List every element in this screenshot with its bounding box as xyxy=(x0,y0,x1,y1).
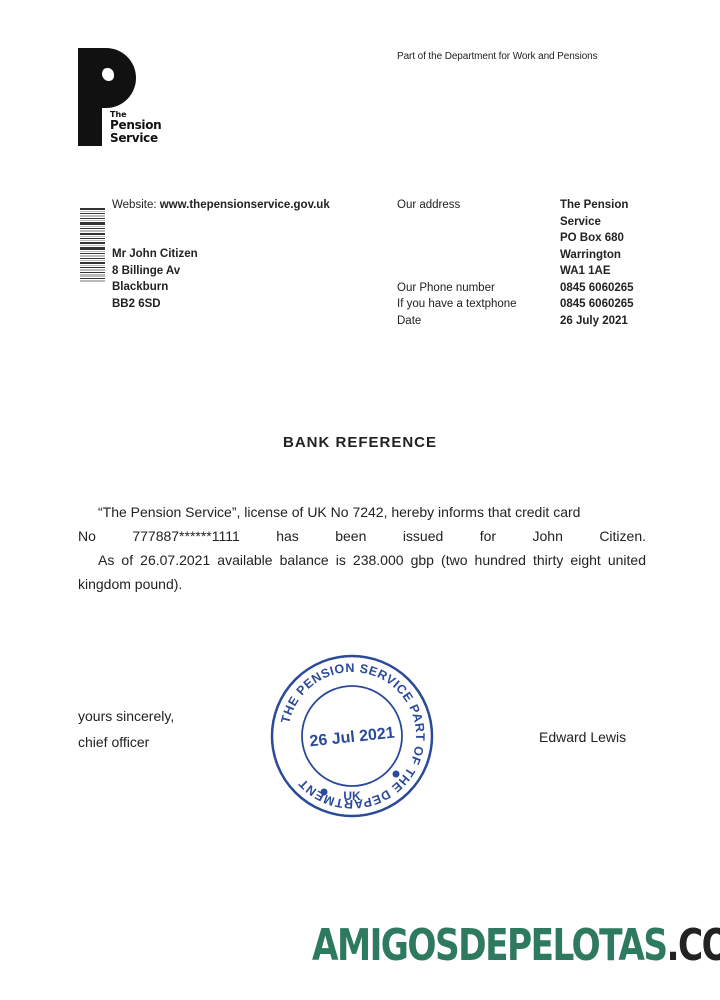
sender-address-line: PO Box 680 xyxy=(560,230,634,247)
paragraph-1-line-1: “The Pension Service”, license of UK No … xyxy=(78,500,646,524)
sender-info-labels: Our address Our Phone number If you have… xyxy=(397,197,517,329)
closing-block: yours sincerely, chief officer xyxy=(78,703,174,755)
stamp-dot-icon xyxy=(321,789,328,796)
signer-name: Edward Lewis xyxy=(539,729,626,745)
stamp-date: 26 Jul 2021 xyxy=(309,725,396,751)
document-body: “The Pension Service”, license of UK No … xyxy=(78,500,646,596)
website-label: Website: xyxy=(112,199,157,211)
paragraph-2: As of 26.07.2021 available balance is 23… xyxy=(78,548,646,596)
logo-wordmark: The Pension Service xyxy=(110,110,161,145)
document-title: BANK REFERENCE xyxy=(0,434,720,451)
closing-title: chief officer xyxy=(78,729,174,755)
paragraph-1-line-2: No 777887******1111 has been issued for … xyxy=(78,524,646,548)
website-line: Website: www.thepensionservice.gov.uk xyxy=(112,197,330,214)
sender-address-line: The Pension xyxy=(560,197,634,214)
pension-service-logo: The Pension Service xyxy=(78,48,168,150)
textphone-label: If you have a textphone xyxy=(397,296,517,313)
website-link[interactable]: www.thepensionservice.gov.uk xyxy=(160,199,330,211)
official-stamp: THE PENSION SERVICE PART OF THE DEPARTME… xyxy=(268,652,436,820)
recipient-address: Mr John Citizen 8 Billinge Av Blackburn … xyxy=(112,246,198,312)
sender-address-line: Warrington xyxy=(560,247,634,264)
phone-label: Our Phone number xyxy=(397,280,517,297)
department-note: Part of the Department for Work and Pens… xyxy=(397,51,598,62)
barcode-icon xyxy=(80,208,105,282)
date-value: 26 July 2021 xyxy=(560,313,634,330)
closing-salutation: yours sincerely, xyxy=(78,703,174,729)
sender-address-line: Service xyxy=(560,214,634,231)
recipient-street: 8 Billinge Av xyxy=(112,263,198,280)
recipient-city: Blackburn xyxy=(112,279,198,296)
recipient-name: Mr John Citizen xyxy=(112,246,198,263)
watermark-suffix: .COM xyxy=(667,920,720,971)
address-label: Our address xyxy=(397,197,517,214)
textphone-value: 0845 6060265 xyxy=(560,296,634,313)
phone-value: 0845 6060265 xyxy=(560,280,634,297)
sender-info-values: The Pension Service PO Box 680 Warringto… xyxy=(560,197,634,329)
watermark-main: AMIGOSDEPELOTAS xyxy=(312,920,667,971)
recipient-postcode: BB2 6SD xyxy=(112,296,198,313)
sender-address-line: WA1 1AE xyxy=(560,263,634,280)
date-label: Date xyxy=(397,313,517,330)
stamp-country: UK xyxy=(343,789,361,803)
watermark: AMIGOSDEPELOTAS.COM xyxy=(312,920,720,971)
stamp-dot-icon xyxy=(393,771,400,778)
